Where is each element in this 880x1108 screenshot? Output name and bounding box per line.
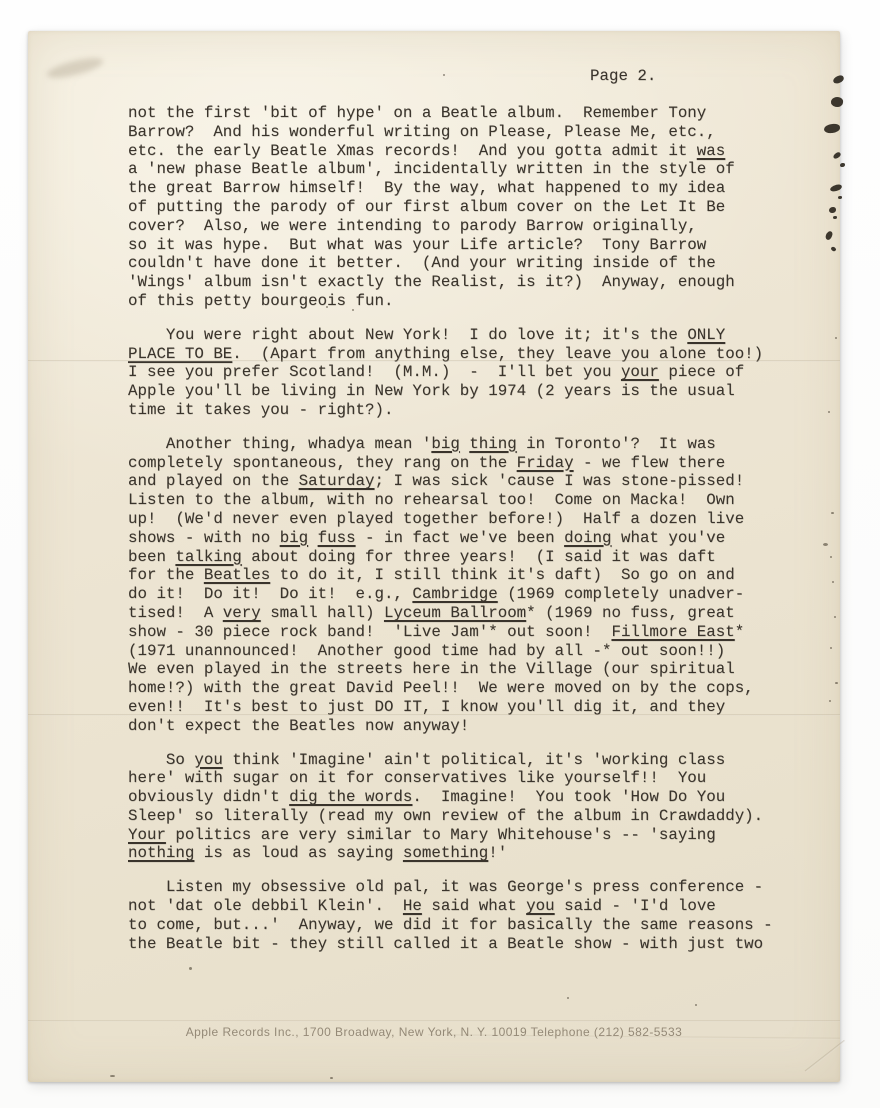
letter-paper: Page 2. not the first 'bit of hype' on a… <box>28 31 840 1082</box>
letter-line: the Beatle bit - they still called it a … <box>128 935 773 954</box>
letter-text: (1969 completely unadver- <box>498 585 744 603</box>
underlined-text: He <box>403 897 422 915</box>
letter-line: a 'new phase Beatle album', incidentally… <box>128 160 773 179</box>
letter-line: PLACE TO BE. (Apart from anything else, … <box>128 345 773 364</box>
letter-line: obviously didn't dig the words. Imagine!… <box>128 788 773 807</box>
letter-line: completely spontaneous, they rang on the… <box>128 454 773 473</box>
ink-smudge <box>825 230 834 241</box>
letter-line: (1971 unannounced! Another good time had… <box>128 642 773 661</box>
letter-line: Listen my obsessive old pal, it was Geor… <box>128 878 773 897</box>
page-number: Page 2. <box>590 67 656 86</box>
letter-line: nothing is as loud as saying something!' <box>128 844 773 863</box>
letter-text: * <box>735 623 744 641</box>
letter-text: of putting the parody of our first album… <box>128 198 725 216</box>
letter-line: tised! A very small hall) Lyceum Ballroo… <box>128 604 773 623</box>
underlined-text: fuss <box>318 529 356 547</box>
letter-text: not the first 'bit of hype' on a Beatle … <box>128 104 706 122</box>
letter-text: ; I was sick 'cause I was stone-pissed! <box>374 472 744 490</box>
letter-text: completely spontaneous, they rang on the <box>128 454 517 472</box>
ink-smudge <box>830 246 836 252</box>
letter-text: the great Barrow himself! By the way, wh… <box>128 179 725 197</box>
letter-text: a 'new phase Beatle album', incidentally… <box>128 160 735 178</box>
letter-line: don't expect the Beatles now anyway! <box>128 717 773 736</box>
letter-line: of this petty bourgeois fun. <box>128 292 773 311</box>
letter-line: up! (We'd never even played together bef… <box>128 510 773 529</box>
paper-speck <box>830 647 832 649</box>
letter-text <box>460 435 469 453</box>
letter-line: not the first 'bit of hype' on a Beatle … <box>128 104 773 123</box>
paper-speck <box>834 616 836 618</box>
letter-line: and played on the Saturday; I was sick '… <box>128 472 773 491</box>
underlined-text: nothing <box>128 844 194 862</box>
paper-speck <box>567 997 569 999</box>
letter-line: to come, but...' Anyway, we did it for b… <box>128 916 773 935</box>
letter-text: up! (We'd never even played together bef… <box>128 510 744 528</box>
letter-text: not 'dat ole debbil Klein'. <box>128 897 403 915</box>
letter-text: Sleep' so literally (read my own review … <box>128 807 763 825</box>
underlined-text: Beatles <box>204 566 270 584</box>
paper-speck <box>830 556 832 558</box>
letter-text: for the <box>128 566 204 584</box>
letter-line: Listen to the album, with no rehearsal t… <box>128 491 773 510</box>
underlined-text: Friday <box>517 454 574 472</box>
ink-smudge <box>829 184 842 193</box>
underlined-text: Cambridge <box>412 585 497 603</box>
paper-speck <box>330 1077 333 1079</box>
letter-text: do it! Do it! Do it! e.g., <box>128 585 412 603</box>
ink-smudge <box>832 151 841 159</box>
fold-crease <box>28 1020 840 1022</box>
letter-text: Listen to the album, with no rehearsal t… <box>128 491 735 509</box>
letter-line: shows - with no big fuss - in fact we've… <box>128 529 773 548</box>
underlined-text: thing <box>469 435 516 453</box>
letter-text: even!! It's best to just DO IT, I know y… <box>128 698 725 716</box>
ink-smudge <box>824 123 841 133</box>
letter-paragraph: You were right about New York! I do love… <box>128 326 773 420</box>
paper-speck <box>443 74 445 76</box>
underlined-text: dig the words <box>289 788 412 806</box>
letter-text: said - 'I'd love <box>555 897 716 915</box>
letter-paragraph: not the first 'bit of hype' on a Beatle … <box>128 104 773 311</box>
underlined-text: very <box>223 604 261 622</box>
letter-text: couldn't have done it better. (And your … <box>128 254 716 272</box>
underlined-text: big <box>431 435 459 453</box>
letter-text: so it was hype. But what was your Life a… <box>128 236 706 254</box>
letter-line: here' with sugar on it for conservatives… <box>128 769 773 788</box>
paper-speck <box>832 581 834 583</box>
letter-text: You were right about New York! I do love… <box>128 326 687 344</box>
letter-text: cover? Also, we were intending to parody… <box>128 217 697 235</box>
paper-speck <box>352 309 354 311</box>
letter-line: so it was hype. But what was your Life a… <box>128 236 773 255</box>
letter-text: obviously didn't <box>128 788 289 806</box>
letter-line: been talking about doing for three years… <box>128 548 773 567</box>
letter-text: Another thing, whadya mean ' <box>128 435 431 453</box>
scanned-letter-background: Page 2. not the first 'bit of hype' on a… <box>0 0 880 1108</box>
letter-text <box>308 529 317 547</box>
underlined-text: ONLY <box>687 326 725 344</box>
pencil-smudge <box>45 54 105 82</box>
letter-text: to come, but...' Anyway, we did it for b… <box>128 916 773 934</box>
letter-text: Apple you'll be living in New York by 19… <box>128 382 735 400</box>
letter-text: tised! A <box>128 604 223 622</box>
letter-text: etc. the early Beatle Xmas records! And … <box>128 142 697 160</box>
letter-line: 'Wings' album isn't exactly the Realist,… <box>128 273 773 292</box>
letter-text: in Toronto'? It was <box>517 435 716 453</box>
letter-text: - we flew there <box>574 454 726 472</box>
paper-speck <box>110 1075 115 1077</box>
letter-text: I see you prefer Scotland! (M.M.) - I'll… <box>128 363 621 381</box>
letter-text: Barrow? And his wonderful writing on Ple… <box>128 123 716 141</box>
letter-line: Sleep' so literally (read my own review … <box>128 807 773 826</box>
letter-text: small hall) <box>261 604 384 622</box>
letter-line: So you think 'Imagine' ain't political, … <box>128 751 773 770</box>
letter-line: even!! It's best to just DO IT, I know y… <box>128 698 773 717</box>
letter-paragraph: So you think 'Imagine' ain't political, … <box>128 751 773 864</box>
letter-line: We even played in the streets here in th… <box>128 660 773 679</box>
letter-text: So <box>128 751 194 769</box>
paper-speck <box>326 306 328 308</box>
letter-text: time it takes you - right?). <box>128 401 393 419</box>
underlined-text: Your <box>128 826 166 844</box>
paper-speck <box>829 700 831 702</box>
letter-text: home!?) with the great David Peel!! We w… <box>128 679 754 697</box>
paper-speck <box>695 1004 697 1006</box>
paper-speck <box>823 543 828 546</box>
letter-line: couldn't have done it better. (And your … <box>128 254 773 273</box>
letter-text: shows - with no <box>128 529 280 547</box>
underlined-text: PLACE TO BE <box>128 345 232 363</box>
letter-line: Another thing, whadya mean 'big thing in… <box>128 435 773 454</box>
letter-text: the Beatle bit - they still called it a … <box>128 935 763 953</box>
paper-speck <box>831 512 834 514</box>
paper-speck <box>828 411 830 413</box>
letter-line: show - 30 piece rock band! 'Live Jam'* o… <box>128 623 773 642</box>
letter-text: 'Wings' album isn't exactly the Realist,… <box>128 273 735 291</box>
underlined-text: was <box>697 142 725 160</box>
letterhead-footer: Apple Records Inc., 1700 Broadway, New Y… <box>28 1025 840 1039</box>
letter-line: Barrow? And his wonderful writing on Ple… <box>128 123 773 142</box>
underlined-text: your <box>621 363 659 381</box>
letter-text: . (Apart from anything else, they leave … <box>232 345 763 363</box>
ink-smudge <box>832 74 845 84</box>
letter-line: the great Barrow himself! By the way, wh… <box>128 179 773 198</box>
letter-line: of putting the parody of our first album… <box>128 198 773 217</box>
paper-speck <box>189 967 192 970</box>
underlined-text: you <box>526 897 554 915</box>
letter-text: and played on the <box>128 472 299 490</box>
letter-text: here' with sugar on it for conservatives… <box>128 769 706 787</box>
letter-line: do it! Do it! Do it! e.g., Cambridge (19… <box>128 585 773 604</box>
ink-smudge <box>840 163 845 167</box>
underlined-text: talking <box>175 548 241 566</box>
letter-paragraph: Another thing, whadya mean 'big thing in… <box>128 435 773 736</box>
letter-text: to do it, I still think it's daft) So go… <box>270 566 735 584</box>
underlined-text: something <box>403 844 488 862</box>
letter-body: not the first 'bit of hype' on a Beatle … <box>128 104 773 953</box>
letter-line: I see you prefer Scotland! (M.M.) - I'll… <box>128 363 773 382</box>
underlined-text: you <box>194 751 222 769</box>
corner-crease <box>805 1040 846 1072</box>
ink-smudge <box>829 207 836 213</box>
letter-text: said what <box>422 897 526 915</box>
letter-line: cover? Also, we were intending to parody… <box>128 217 773 236</box>
letter-line: home!?) with the great David Peel!! We w… <box>128 679 773 698</box>
letter-text: show - 30 piece rock band! 'Live Jam'* o… <box>128 623 611 641</box>
letter-line: time it takes you - right?). <box>128 401 773 420</box>
letter-line: for the Beatles to do it, I still think … <box>128 566 773 585</box>
underlined-text: Fillmore East <box>611 623 734 641</box>
letter-text: Listen my obsessive old pal, it was Geor… <box>128 878 763 896</box>
letter-text: been <box>128 548 175 566</box>
letter-text: of this petty bourgeois fun. <box>128 292 393 310</box>
paper-speck <box>835 337 837 339</box>
letter-text: (1971 unannounced! Another good time had… <box>128 642 725 660</box>
underlined-text: Lyceum Ballroom <box>384 604 526 622</box>
underlined-text: doing <box>564 529 611 547</box>
letter-text: what you've <box>612 529 726 547</box>
letter-line: You were right about New York! I do love… <box>128 326 773 345</box>
letter-text: We even played in the streets here in th… <box>128 660 735 678</box>
ink-smudge <box>833 216 837 219</box>
letter-text: !' <box>488 844 507 862</box>
letter-line: etc. the early Beatle Xmas records! And … <box>128 142 773 161</box>
letter-text: politics are very similar to Mary Whiteh… <box>166 826 716 844</box>
ink-smudge <box>838 196 842 199</box>
letter-text: think 'Imagine' ain't political, it's 'w… <box>223 751 725 769</box>
letter-text: piece of <box>659 363 744 381</box>
letter-text: * (1969 no fuss, great <box>526 604 735 622</box>
letter-line: not 'dat ole debbil Klein'. He said what… <box>128 897 773 916</box>
paper-speck <box>835 682 838 684</box>
underlined-text: Saturday <box>299 472 375 490</box>
letter-line: Your politics are very similar to Mary W… <box>128 826 773 845</box>
letter-text: . Imagine! You took 'How Do You <box>412 788 725 806</box>
letter-paragraph: Listen my obsessive old pal, it was Geor… <box>128 878 773 953</box>
underlined-text: big <box>280 529 308 547</box>
letter-text: is as loud as saying <box>194 844 403 862</box>
letter-text: about doing for three years! (I said it … <box>242 548 716 566</box>
letter-text: don't expect the Beatles now anyway! <box>128 717 469 735</box>
ink-smudge <box>830 96 844 108</box>
letter-text: - in fact we've been <box>356 529 565 547</box>
letter-line: Apple you'll be living in New York by 19… <box>128 382 773 401</box>
